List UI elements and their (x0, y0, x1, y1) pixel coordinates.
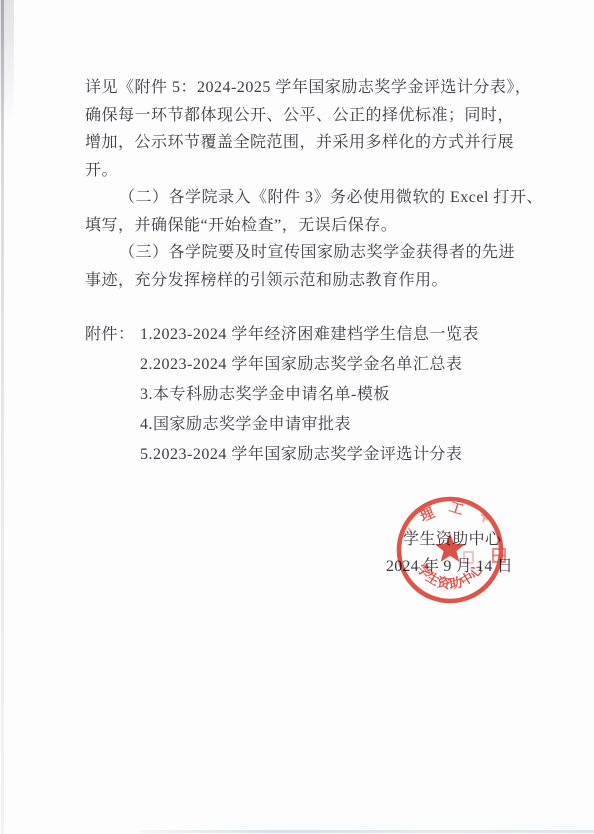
attachment-item: 2.2023-2024 学年国家励志奖学金名单汇总表 (85, 350, 515, 380)
text-line: （二）各学院录入《附件 3》务必使用微软的 Excel 打开、 (85, 184, 515, 212)
text-line: 增加，公示环节覆盖全院范围，并采用多样化的方式并行展 (85, 129, 515, 157)
attachment-item: 3.本专科励志奖学金申请名单-模板 (85, 380, 515, 410)
text-line: （三）各学院要及时宣传国家励志奖学金获得者的先进 (85, 239, 515, 267)
attachment-item: 5.2023-2024 学年国家励志奖学金评选计分表 (85, 440, 515, 470)
scan-edge-bottom-artifact (140, 830, 594, 833)
paragraph-item-3: （三）各学院要及时宣传国家励志奖学金获得者的先进 事迹，充分发挥榜样的引领示范和… (85, 239, 515, 294)
text-line: 详见《附件 5：2024-2025 学年国家励志奖学金评选计分表》， (85, 74, 515, 102)
attachments-block: 附件：1.2023-2024 学年经济困难建档学生信息一览表 2.2023-20… (85, 320, 515, 470)
text-line: 开。 (85, 157, 515, 185)
scan-edge-left-artifact (1, 0, 4, 834)
paragraph-item-2: （二）各学院录入《附件 3》务必使用微软的 Excel 打开、 填写，并确保能“… (85, 184, 515, 239)
seal-bottom-arc-text: 学生资助中心 (414, 561, 487, 592)
attachment-line: 附件：1.2023-2024 学年经济困难建档学生信息一览表 (85, 320, 515, 350)
text-line: 确保每一环节都体现公开、公平、公正的择优标准；同时， (85, 102, 515, 130)
text-line: 事迹，充分发挥榜样的引领示范和励志教育作用。 (85, 267, 515, 295)
document-page: 详见《附件 5：2024-2025 学年国家励志奖学金评选计分表》， 确保每一环… (0, 0, 594, 834)
text-line: 填写，并确保能“开始检查”，无误后保存。 (85, 212, 515, 240)
document-body: 详见《附件 5：2024-2025 学年国家励志奖学金评选计分表》， 确保每一环… (85, 74, 515, 294)
official-seal: 理工 学生资助中心 (391, 492, 509, 610)
attachment-item: 1.2023-2024 学年经济困难建档学生信息一览表 (140, 326, 479, 343)
paragraph-continuation: 详见《附件 5：2024-2025 学年国家励志奖学金评选计分表》， 确保每一环… (85, 74, 515, 184)
attachments-label: 附件： (85, 320, 140, 350)
seal-star-icon (435, 533, 465, 562)
attachment-item: 4.国家励志奖学金申请审批表 (85, 410, 515, 440)
